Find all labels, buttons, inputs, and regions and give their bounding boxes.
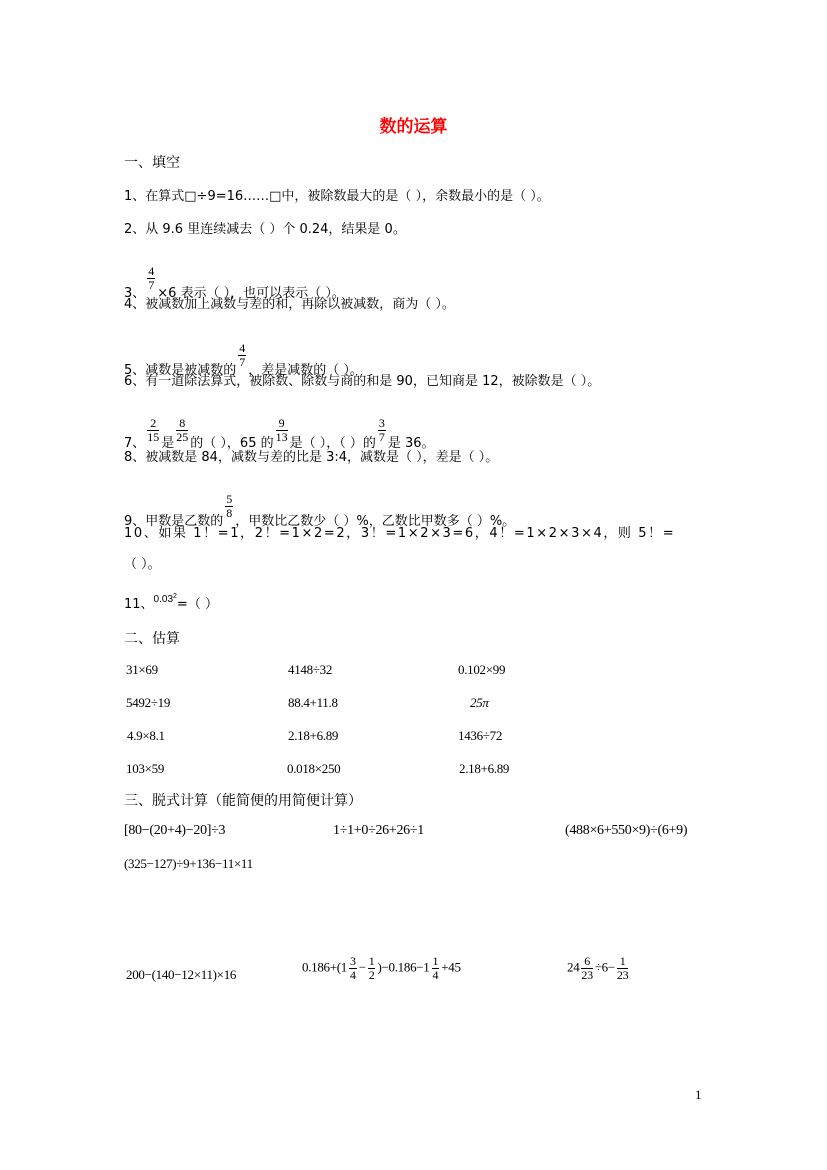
- fraction: 123: [617, 955, 628, 982]
- calc-expression: [80−(20+4)−20]÷3: [124, 823, 225, 839]
- text: −: [359, 959, 366, 974]
- estimate-item: 0.102×99: [458, 662, 505, 678]
- calc-expression: 1÷1+0÷26+26÷1: [333, 823, 424, 839]
- estimate-item: 4.9×8.1: [127, 728, 165, 744]
- estimate-item: 0.018×250: [287, 761, 340, 777]
- calc-expression: 24623÷6−123: [567, 955, 630, 982]
- text: 0.186+(1: [302, 959, 347, 974]
- math-base: 0.03: [154, 594, 173, 605]
- page-title: 数的运算: [0, 112, 827, 137]
- estimate-item: 31×69: [126, 662, 158, 678]
- question-10-line-1: 10、如果 1！=1，2！=1×2=2，3！=1×2×3=6，4！=1×2×3×…: [124, 522, 675, 541]
- question-2: 2、从 9.6 里连续减去（ ）个 0.24，结果是 0。: [124, 218, 406, 237]
- estimate-item: 1436÷72: [458, 728, 502, 744]
- estimate-item: 103×59: [126, 761, 164, 777]
- fraction: 34: [349, 955, 357, 982]
- section-heading-calc: 三、脱式计算（能简便的用简便计算）: [124, 790, 362, 810]
- text: 24: [567, 959, 579, 974]
- text: ÷6−: [595, 959, 615, 974]
- fraction: 37: [378, 417, 386, 444]
- fraction: 47: [238, 342, 246, 369]
- calc-expression: 200−(140−12×11)×16: [126, 967, 236, 983]
- question-1: 1、在算式□÷9=16……□中，被除数最大的是（ ），余数最小的是（ ）。: [124, 185, 550, 204]
- calc-expression: (488×6+550×9)÷(6+9): [565, 823, 687, 839]
- estimate-item: 4148÷32: [288, 662, 332, 678]
- estimate-item: 2.18+6.89: [459, 761, 509, 777]
- fraction: 47: [147, 265, 155, 292]
- section-heading-fill: 一、填空: [124, 152, 180, 172]
- calc-expression: 0.186+(134−12)−0.186−114+45: [302, 955, 461, 982]
- question-10-line-2: （ ）。: [124, 553, 161, 572]
- estimate-item: 88.4+11.8: [288, 695, 338, 711]
- question-6: 6、有一道除法算式，被除数、除数与商的和是 90，已知商是 12，被除数是（ ）…: [124, 370, 600, 389]
- question-11-prefix: 11、: [124, 597, 154, 612]
- estimate-item: 5492÷19: [126, 695, 170, 711]
- fraction: 58: [225, 493, 233, 520]
- section-heading-estimate: 二、估算: [124, 628, 180, 648]
- question-11-text: =（ ）: [177, 597, 218, 612]
- question-4: 4、被减数加上减数与差的和，再除以被减数，商为（ ）。: [124, 293, 455, 312]
- estimate-item: 25π: [470, 695, 489, 711]
- fraction: 825: [176, 417, 188, 444]
- question-11: 11、0.032=（ ）: [124, 593, 218, 612]
- text: )−0.186−1: [377, 959, 429, 974]
- page-number: 1: [695, 1087, 702, 1103]
- question-8: 8、被减数是 84，减数与差的比是 3:4，减数是（ ），差是（ ）。: [124, 446, 498, 465]
- text: +45: [441, 959, 460, 974]
- fraction: 12: [368, 955, 376, 982]
- fraction: 215: [147, 417, 159, 444]
- fraction: 623: [581, 955, 592, 982]
- estimate-item: 2.18+6.89: [288, 728, 338, 744]
- fraction: 14: [432, 955, 440, 982]
- fraction: 913: [276, 417, 288, 444]
- calc-expression: (325−127)÷9+136−11×11: [124, 856, 253, 872]
